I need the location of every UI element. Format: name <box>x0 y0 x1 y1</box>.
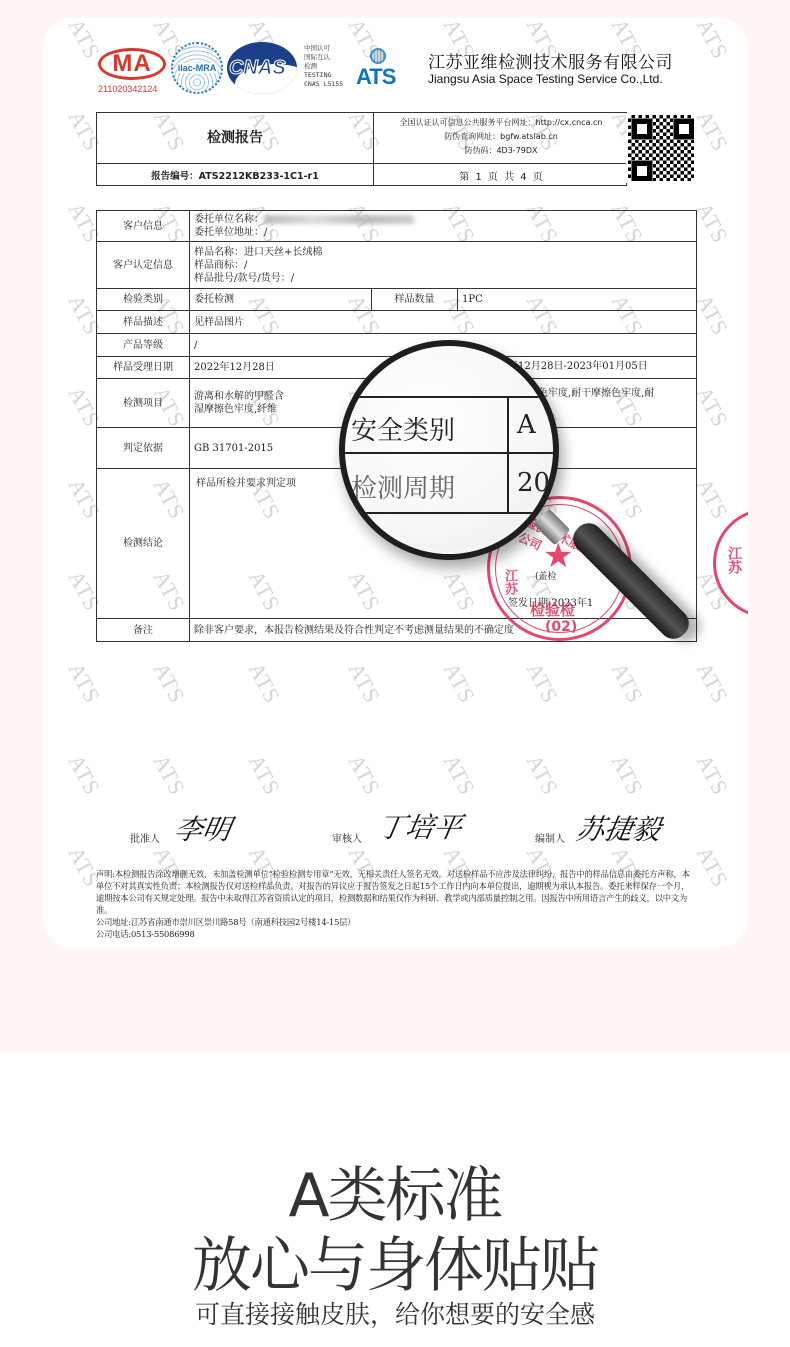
editor-label: 编制人 <box>535 830 565 845</box>
watermark: ATS <box>691 750 734 799</box>
sample-qty-label: 样品数量 <box>372 289 458 311</box>
magnified-test-period-value: 20 <box>517 468 550 498</box>
watermark: ATS <box>63 658 106 707</box>
watermark: ATS <box>343 750 386 799</box>
watermark: ATS <box>691 474 734 523</box>
headline-line2: 放心与身体贴贴 <box>0 1218 790 1304</box>
legal-notice: 声明:本检测报告涂改增删无效，未加盖检测单位“检验检测专用章”无效，无相关责任人… <box>96 868 696 940</box>
inspection-type-label: 检验类别 <box>97 289 190 311</box>
magnified-safety-category-label: 安全类别 <box>351 410 455 447</box>
partial-seal-stamp: 江苏 <box>713 508 748 618</box>
product-grade-label: 产品等级 <box>97 334 190 357</box>
report-header-table: 检测报告 全国认证认可信息公共服务平台网址：http://cx.cnca.cn … <box>96 112 627 186</box>
qr-code-icon <box>626 113 696 183</box>
watermark: ATS <box>148 750 191 799</box>
watermark: ATS <box>438 658 481 707</box>
watermark: ATS <box>521 750 564 799</box>
watermark: ATS <box>691 842 734 891</box>
watermark: ATS <box>691 658 734 707</box>
sample-info-value: 样品名称：进口天丝+长绒棉 样品商标：/ 样品批号/款号/货号：/ <box>190 242 697 289</box>
anti-fake-code: 防伪码：4D3-79DX <box>374 144 628 158</box>
company-phone: 公司电话:0513-55086998 <box>96 928 696 940</box>
cma-mark-icon: MA <box>98 48 166 80</box>
watermark: ATS <box>606 750 649 799</box>
statement-text: 声明:本检测报告涂改增删无效，未加盖检测单位“检验检测专用章”无效，无相关责任人… <box>96 868 696 916</box>
watermark: ATS <box>148 658 191 707</box>
company-name-en: Jiangsu Asia Space Testing Service Co.,L… <box>428 72 663 86</box>
ilac-mra-logo-icon: ilac-MRA <box>171 42 223 94</box>
approver-signature: 李明 <box>171 808 234 848</box>
magnified-safety-category-value: A <box>517 410 536 440</box>
client-confirmed-label: 客户认定信息 <box>97 242 190 289</box>
watermark: ATS <box>243 658 286 707</box>
watermark: ATS <box>438 750 481 799</box>
cnas-logo-icon: CNAS <box>227 42 297 94</box>
watermark: ATS <box>243 750 286 799</box>
magnifying-glass-lens: 安全类别 A 检测周期 20 <box>339 340 559 560</box>
reviewer-label: 审核人 <box>332 830 362 845</box>
test-items-label: 检测项目 <box>97 379 190 428</box>
watermark: ATS <box>63 750 106 799</box>
anti-fake-url: 防伪查询网址：bgfw.atslab.cn <box>374 130 628 144</box>
test-period-partial: 年12月28日-2023年01月05日 <box>508 360 648 373</box>
remarks-value: 除非客户要求，本报告检测结果及符合性判定不考虑测量结果的不确定度 <box>190 619 697 642</box>
inspection-type-value: 委托检测 <box>190 289 372 311</box>
watermark: ATS <box>343 658 386 707</box>
watermark: ATS <box>691 106 734 155</box>
company-name-cn: 江苏亚维检测技术服务有限公司 <box>428 48 673 73</box>
editor-signature: 苏捷毅 <box>573 808 664 848</box>
receipt-date-label: 样品受理日期 <box>97 357 190 379</box>
ats-logo: ATS <box>356 48 406 90</box>
client-info-label: 客户信息 <box>97 211 190 242</box>
subheadline: 可直接接触皮肤，给你想要的安全感 <box>0 1295 790 1331</box>
approver-label: 批准人 <box>130 830 160 845</box>
watermark: ATS <box>691 290 734 339</box>
page-info: 第 1 页 共 4 页 <box>374 168 628 183</box>
globe-icon <box>370 48 386 64</box>
reviewer-signature: 丁培平 <box>374 806 465 846</box>
magnified-test-period-label: 检测周期 <box>351 468 455 505</box>
watermark: ATS <box>691 382 734 431</box>
conclusion-label: 检测结论 <box>97 469 190 619</box>
table-row: 样品描述 见样品图片 <box>97 311 697 334</box>
verification-info: 全国认证认可信息公共服务平台网址：http://cx.cnca.cn 防伪查询网… <box>374 116 628 158</box>
sample-desc-value: 见样品图片 <box>190 311 697 334</box>
table-row: 客户认定信息 样品名称：进口天丝+长绒棉 样品商标：/ 样品批号/款号/货号：/ <box>97 242 697 289</box>
certification-logo-row: MA 211020342124 ilac-MRA CNAS 中国认可 国际互认 … <box>98 40 718 100</box>
watermark: ATS <box>521 658 564 707</box>
cma-number: 211020342124 <box>98 84 168 94</box>
table-row: 客户信息 委托单位名称： 委托单位地址：/ <box>97 211 697 242</box>
cnas-accreditation-text: 中国认可 国际互认 检测 TESTING CNAS L5155 <box>304 44 343 89</box>
company-address: 公司地址:江苏省南通市崇川区崇川路58号（南通科技园2号楼14-15层） <box>96 916 696 928</box>
client-info-value: 委托单位名称： 委托单位地址：/ <box>190 211 697 242</box>
watermark: ATS <box>691 198 734 247</box>
table-row: 检验类别 委托检测 样品数量 1PC <box>97 289 697 311</box>
cma-logo: MA 211020342124 <box>98 48 168 94</box>
basis-label: 判定依据 <box>97 428 190 469</box>
redacted-client-name <box>264 215 414 224</box>
ats-wordmark: ATS <box>356 64 395 90</box>
sample-qty-value: 1PC <box>458 289 697 311</box>
platform-url: 全国认证认可信息公共服务平台网址：http://cx.cnca.cn <box>374 116 628 130</box>
sample-desc-label: 样品描述 <box>97 311 190 334</box>
report-number: 报告编号：ATS2212KB233-1C1-r1 <box>97 168 373 182</box>
watermark: ATS <box>606 658 649 707</box>
remarks-label: 备注 <box>97 619 190 642</box>
test-report-document: ATSATSATSATSATSATSATSATSATSATSATSATSATSA… <box>43 18 748 948</box>
report-title: 检测报告 <box>97 127 373 147</box>
